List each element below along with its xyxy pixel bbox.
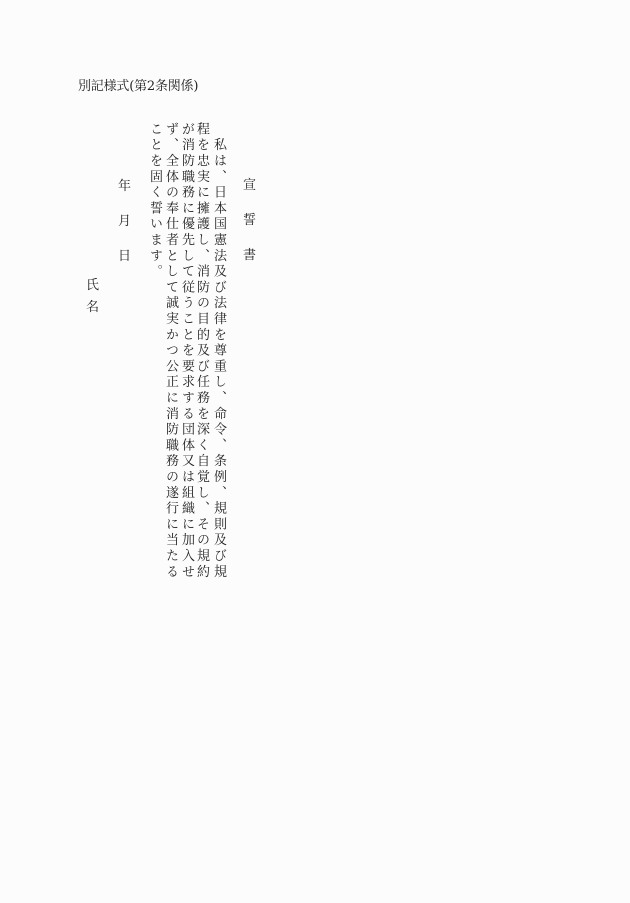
document-page: 別記様式(第2条関係) 宣 誓 書 私は、日本国憲法及び法律を尊重し、命令、条例…	[0, 0, 630, 903]
name-label-char-1: 氏	[85, 278, 100, 293]
name-label-char-2: 名	[85, 300, 100, 315]
body-line-5: ことを固く誓います。	[147, 122, 162, 280]
title-char-3: 書	[242, 248, 257, 263]
body-line-1: 私は、日本国憲法及び法律を尊重し、命令、条例、規則及び規	[211, 122, 226, 580]
date-day-label: 日	[117, 249, 132, 264]
body-line-4: ず、全体の奉仕者として誠実かつ公正に消防職務の遂行に当たる	[163, 122, 178, 580]
body-line-3: が消防職務に優先して従うことを要求する団体又は組織に加入せ	[179, 122, 194, 580]
title-char-2: 誓	[242, 213, 257, 228]
form-label: 別記様式(第2条関係)	[78, 78, 198, 96]
date-year-label: 年	[117, 179, 132, 194]
body-line-2: 程を忠実に擁護し、消防の目的及び任務を深く自覚し、その規約	[194, 122, 209, 580]
title-char-1: 宣	[242, 178, 257, 193]
date-month-label: 月	[117, 214, 132, 229]
